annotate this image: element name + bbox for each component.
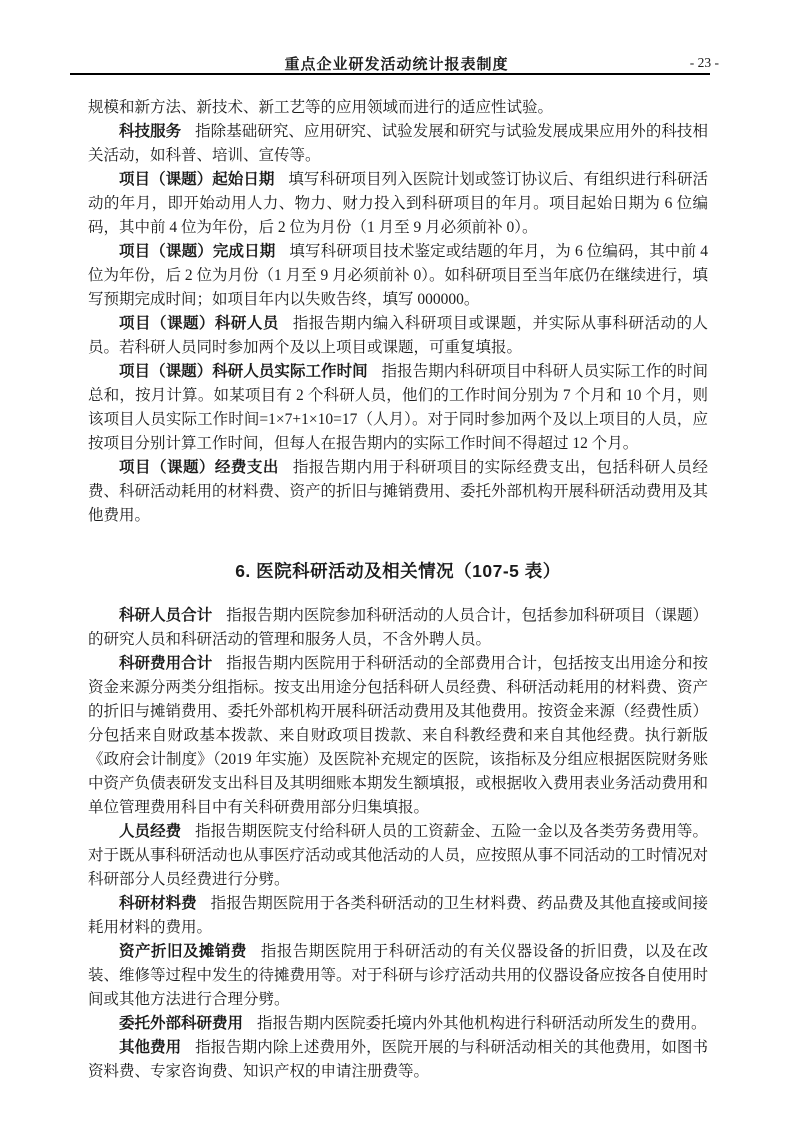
definition-paragraph: 项目（课题）科研人员指报告期内编入科研项目或课题，并实际从事科研活动的人员。若科… <box>88 312 708 360</box>
definition-term: 科技服务 <box>119 123 181 140</box>
definition-term: 委托外部科研费用 <box>119 1015 243 1032</box>
header-rule <box>70 73 710 75</box>
definition-paragraph: 科技服务指除基础研究、应用研究、试验发展和研究与试验发展成果应用外的科技相关活动… <box>88 120 708 168</box>
definition-text: 指报告期内医院用于科研活动的全部费用合计，包括按支出用途分和按资金来源分两类分组… <box>88 655 708 816</box>
definition-term: 项目（课题）完成日期 <box>119 243 275 260</box>
definition-term: 项目（课题）科研人员实际工作时间 <box>119 363 368 380</box>
definition-paragraph: 科研人员合计指报告期内医院参加科研活动的人员合计，包括参加科研项目（课题）的研究… <box>88 604 708 652</box>
definition-text: 指报告期内医院委托境内外其他机构进行科研活动所发生的费用。 <box>257 1015 707 1032</box>
paragraph-continuation: 规模和新方法、新技术、新工艺等的应用领域而进行的适应性试验。 <box>88 96 708 120</box>
document-page: 重点企业研发活动统计报表制度 - 23 - 规模和新方法、新技术、新工艺等的应用… <box>0 0 793 1122</box>
section-heading: 6. 医院科研活动及相关情况（107-5 表） <box>88 558 708 584</box>
document-body: 规模和新方法、新技术、新工艺等的应用领域而进行的适应性试验。 科技服务指除基础研… <box>88 96 708 1084</box>
header-title: 重点企业研发活动统计报表制度 <box>0 53 793 74</box>
definition-term: 人员经费 <box>119 823 181 840</box>
definition-paragraph: 其他费用指报告期内除上述费用外，医院开展的与科研活动相关的其他费用，如图书资料费… <box>88 1036 708 1084</box>
definition-term: 项目（课题）起始日期 <box>119 171 274 188</box>
definition-paragraph: 项目（课题）科研人员实际工作时间指报告期内科研项目中科研人员实际工作的时间总和，… <box>88 360 708 456</box>
definition-term: 科研材料费 <box>119 895 197 912</box>
definition-term: 项目（课题）科研人员 <box>119 315 279 332</box>
definition-paragraph: 项目（课题）完成日期填写科研项目技术鉴定或结题的年月，为 6 位编码，其中前 4… <box>88 240 708 312</box>
definition-text: 规模和新方法、新技术、新工艺等的应用领域而进行的适应性试验。 <box>88 99 553 116</box>
definition-paragraph: 项目（课题）起始日期填写科研项目列入医院计划或签订协议后、有组织进行科研活动的年… <box>88 168 708 240</box>
definition-paragraph: 项目（课题）经费支出指报告期内用于科研项目的实际经费支出，包括科研人员经费、科研… <box>88 456 708 528</box>
definition-term: 科研人员合计 <box>119 607 212 624</box>
definition-paragraph: 人员经费指报告期医院支付给科研人员的工资薪金、五险一金以及各类劳务费用等。对于既… <box>88 820 708 892</box>
definition-term: 科研费用合计 <box>119 655 212 672</box>
definition-term: 项目（课题）经费支出 <box>119 459 279 476</box>
definition-text: 指报告期医院支付给科研人员的工资薪金、五险一金以及各类劳务费用等。对于既从事科研… <box>88 823 708 888</box>
definition-paragraph: 科研费用合计指报告期内医院用于科研活动的全部费用合计，包括按支出用途分和按资金来… <box>88 652 708 820</box>
definition-term: 资产折旧及摊销费 <box>119 943 247 960</box>
definition-paragraph: 科研材料费指报告期医院用于各类科研活动的卫生材料费、药品费及其他直接或间接耗用材… <box>88 892 708 940</box>
definition-paragraph: 资产折旧及摊销费指报告期医院用于科研活动的有关仪器设备的折旧费，以及在改装、维修… <box>88 940 708 1012</box>
page-number: - 23 - <box>690 55 719 71</box>
definition-term: 其他费用 <box>119 1039 181 1056</box>
definition-paragraph: 委托外部科研费用指报告期内医院委托境内外其他机构进行科研活动所发生的费用。 <box>88 1012 708 1036</box>
